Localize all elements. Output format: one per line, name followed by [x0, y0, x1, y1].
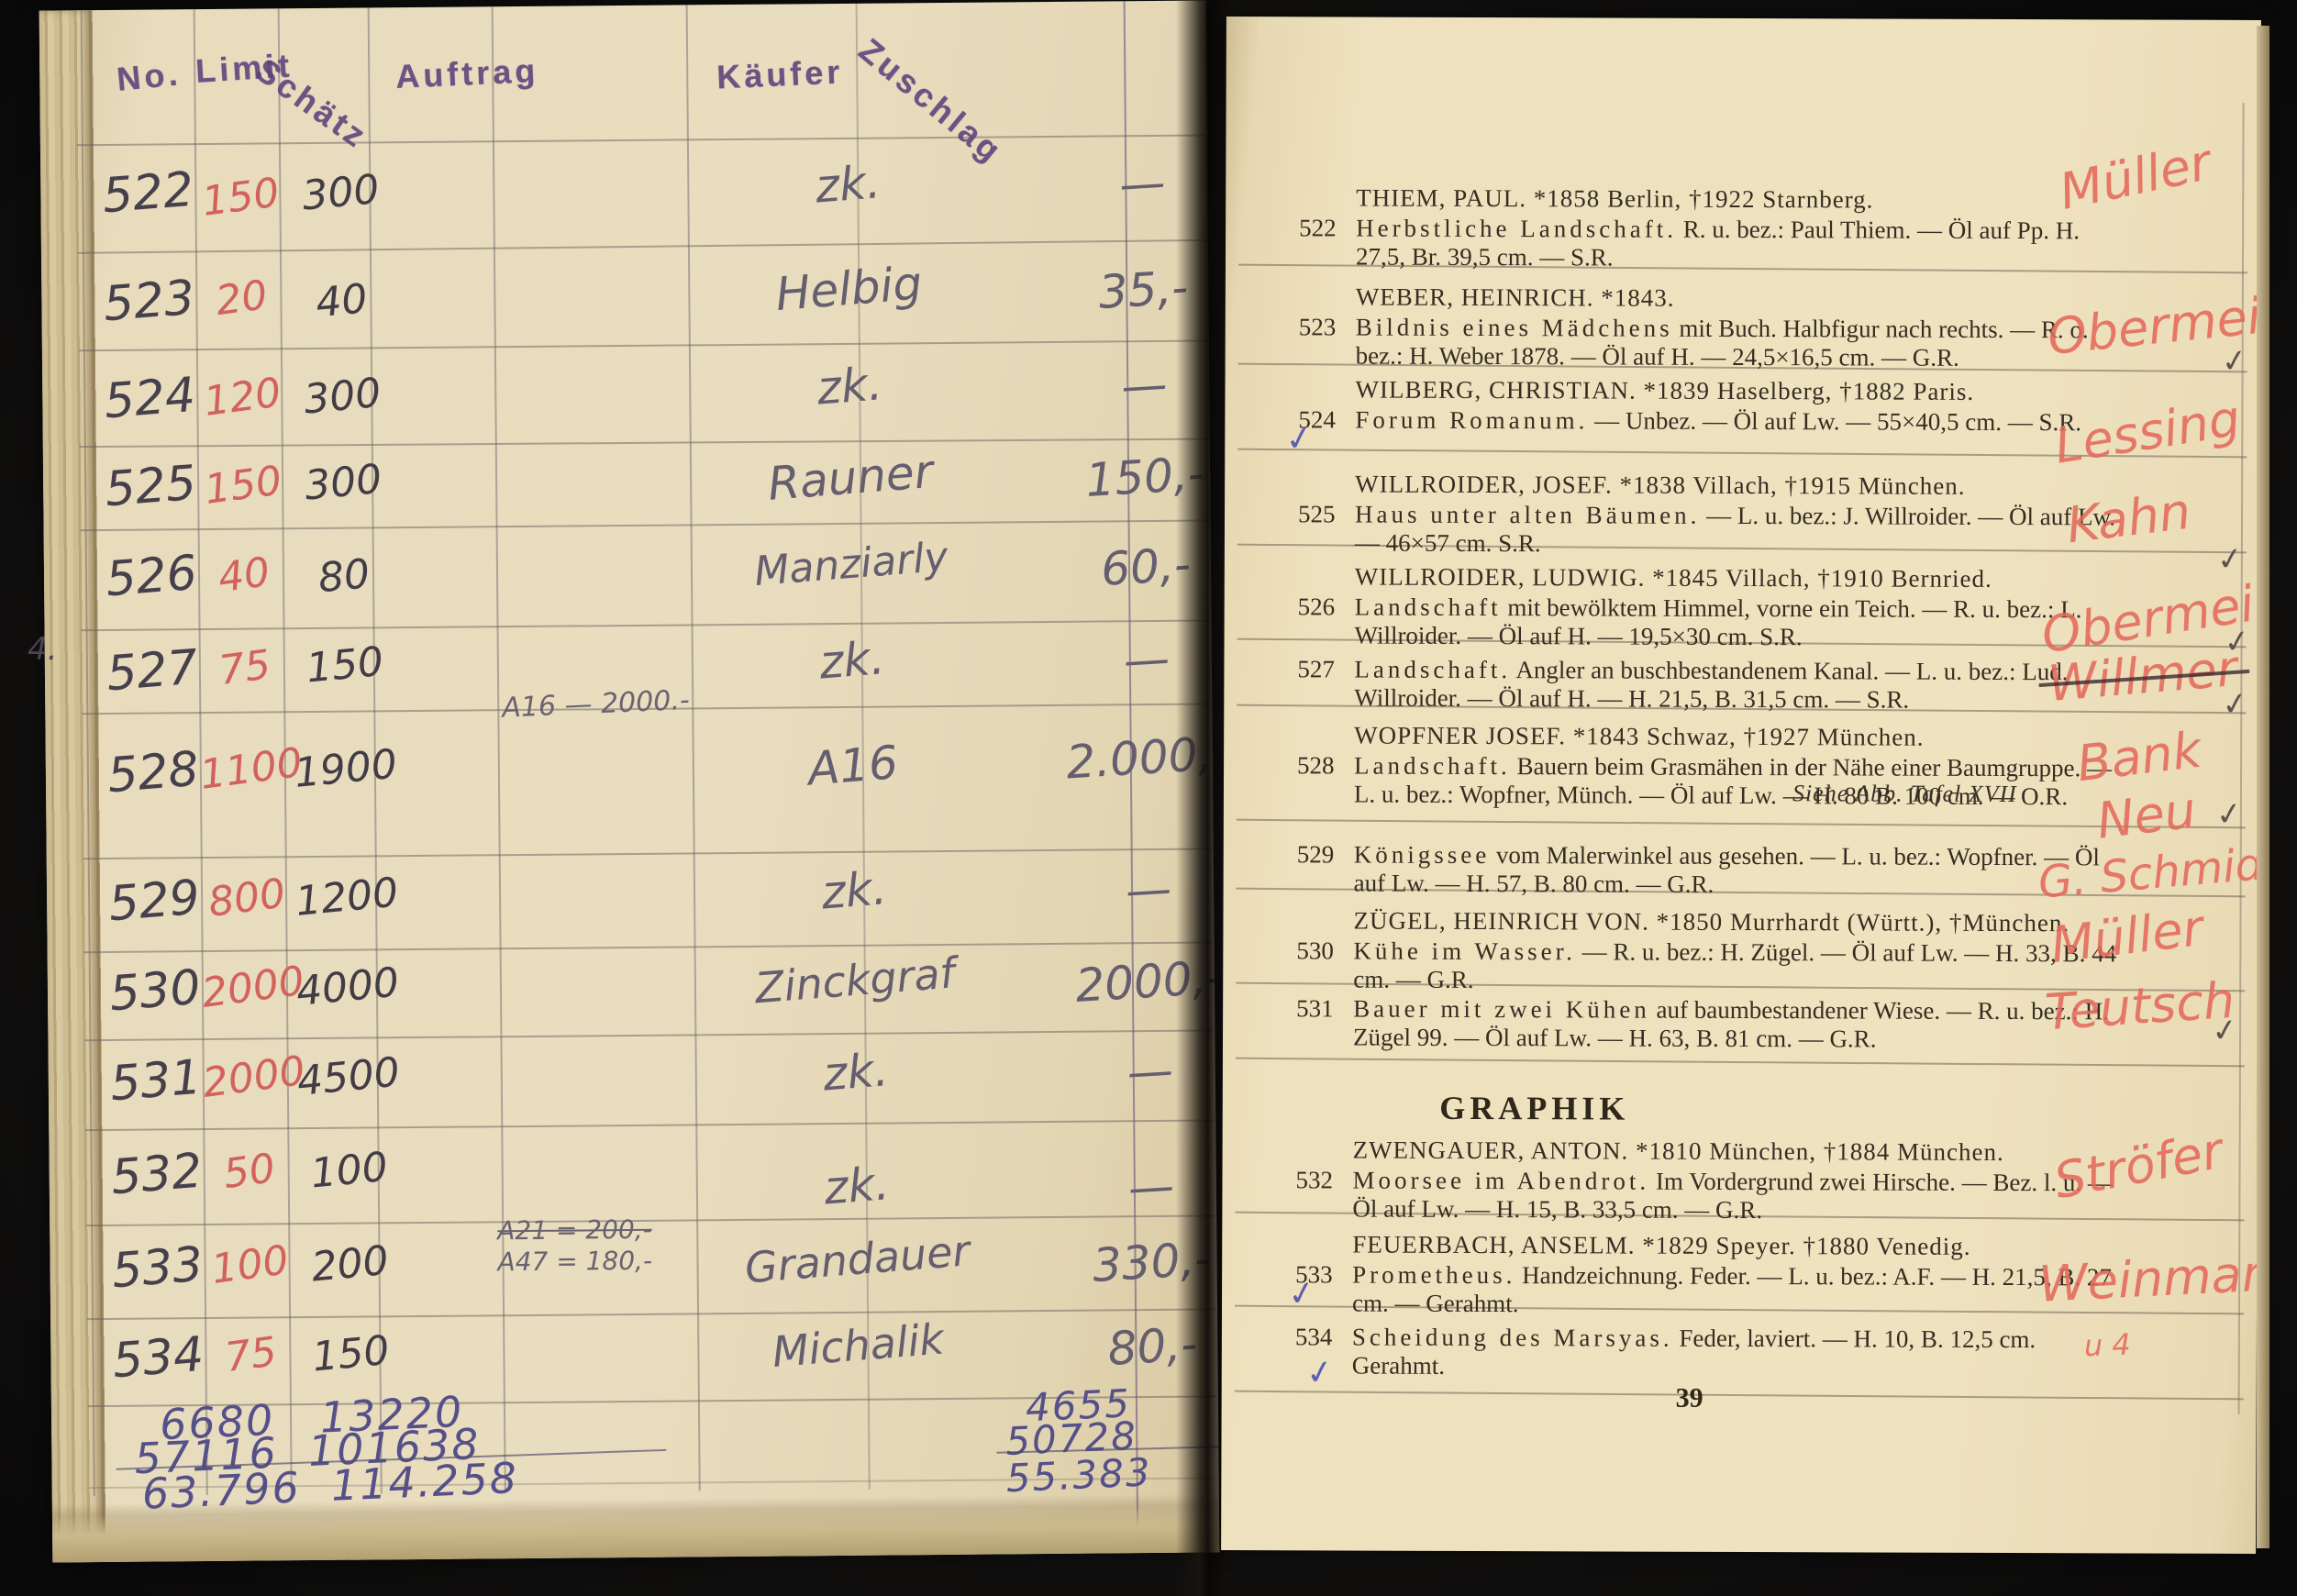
ledger-row: 526 40 80 Manziarly 60,- [44, 519, 1212, 629]
buyer-name: zk. [592, 339, 1108, 433]
limit-value: 75 [203, 1325, 300, 1384]
catalog-entry-523: WEBER, HEINRICH. *1843. 523Bildnis eines… [1299, 283, 2125, 372]
lot-number: 522 [95, 161, 200, 224]
catalog-page: THIEM, PAUL. *1858 Berlin, †1922 Starnbe… [1221, 17, 2261, 1554]
lot-title: Herbstliche Landschaft. [1356, 215, 1677, 243]
lot-number: 534 [105, 1326, 210, 1389]
lot-title: Scheidung des Marsyas. [1352, 1324, 1673, 1352]
catalog-entry-525: WILLROIDER, JOSEF. *1838 Villach, †1915 … [1298, 470, 2124, 560]
buyer-name: Helbig [591, 242, 1107, 336]
schaetz-value: 1200 [285, 869, 408, 926]
limit-value: 20 [193, 269, 290, 327]
lot-number: 526 [99, 545, 204, 607]
lot-number: 533 [105, 1236, 209, 1299]
schaetz-value: 1900 [284, 740, 407, 798]
buyer-name: Rauner [593, 431, 1109, 525]
schaetz-value: 100 [288, 1142, 411, 1200]
schaetz-value: 4500 [287, 1048, 410, 1106]
lot-number: 532 [1295, 1166, 1333, 1194]
lot-number: 522 [1299, 214, 1337, 242]
buyer-margin-note: u 4 [2083, 1327, 2131, 1364]
ledger-row: 533 100 200 Grandauer 330,- [50, 1214, 1217, 1318]
catalog-entry-531: 531Bauer mit zwei Kühen auf baumbestande… [1296, 994, 2122, 1054]
limit-value: 100 [202, 1236, 299, 1294]
lot-number: 528 [101, 741, 205, 804]
page-outer-edge [2257, 26, 2269, 1548]
artist-line: WEBER, HEINRICH. *1843. [1356, 283, 2125, 315]
pencil-checkmark: ✓ [2214, 539, 2246, 579]
lot-number: 531 [104, 1049, 208, 1112]
buyer-name: zk. [590, 138, 1106, 231]
artist-line: WILLROIDER, LUDWIG. *1845 Villach, †1910… [1355, 563, 2124, 594]
artist-line: ZWENGAUER, ANTON. *1810 München, †1884 M… [1353, 1136, 2122, 1168]
limit-value: 75 [196, 638, 294, 697]
buyer-name: Michalik [600, 1301, 1116, 1391]
artist-line: FEUERBACH, ANSELM. *1829 Speyer. †1880 V… [1352, 1231, 2121, 1262]
artist-line: THIEM, PAUL. *1858 Berlin, †1922 Starnbe… [1356, 184, 2125, 216]
lot-number: 524 [97, 367, 202, 429]
buyer-margin-note: Neu [2094, 781, 2200, 849]
limit-value: 120 [194, 368, 291, 427]
limit-value: 40 [195, 546, 293, 604]
buyer-name: zk. [596, 844, 1113, 937]
buyer-name: A16 [594, 719, 1111, 813]
ledger-row: 523 20 40 Helbig 35,- [41, 240, 1209, 349]
catalog-entry-532: ZWENGAUER, ANTON. *1810 München, †1884 M… [1295, 1136, 2121, 1225]
lot-number: 523 [96, 270, 201, 332]
buyer-name: Grandauer [599, 1214, 1115, 1304]
ledger-row: 524 120 300 zk. — [42, 339, 1210, 447]
schaetz-value: 150 [289, 1325, 412, 1383]
ledger-page: No. Limit Schätz Auftrag Käufer Zuschlag… [39, 0, 1220, 1562]
buyer-margin-note: Teutsch [2043, 971, 2236, 1042]
lot-number: 529 [1297, 840, 1335, 869]
artist-line: WILBERG, CHRISTIAN. *1839 Haselberg, †18… [1355, 376, 2124, 407]
lot-title: Forum Romanum. [1355, 406, 1588, 435]
limit-value: 50 [201, 1142, 298, 1201]
ledger-row: 522 150 300 zk. — [40, 134, 1208, 250]
ledger-row: 525 150 300 Rauner 150,- [43, 437, 1211, 529]
catalog-entry-529: 529Königssee vom Malerwinkel aus gesehen… [1297, 840, 2123, 900]
artist-line: WOPFNER JOSEF. *1843 Schwaz, †1927 Münch… [1354, 722, 2123, 753]
page-number: 39 [1644, 1383, 1736, 1414]
page-bottom-edge [52, 1493, 1220, 1562]
lot-description: — Unbez. — Öl auf Lw. — 55×40,5 cm. — S.… [1594, 406, 2081, 436]
lot-title: Landschaft. [1354, 656, 1511, 684]
limit-value: 150 [193, 168, 290, 227]
lot-title: Kühe im Wasser. [1353, 937, 1576, 966]
lot-number: 529 [102, 870, 206, 932]
lot-number: 527 [1297, 655, 1335, 683]
lot-number: 525 [98, 455, 203, 517]
column-header-kaeufer: Käufer [716, 53, 844, 97]
lot-title: Bauer mit zwei Kühen [1353, 995, 1650, 1024]
ledger-row: 532 50 100 zk. — [49, 1119, 1216, 1225]
schaetz-value: 150 [283, 637, 406, 694]
lot-title: Landschaft [1355, 593, 1502, 622]
entry-separator [1236, 1058, 2245, 1068]
lot-number: 526 [1298, 593, 1336, 621]
ledger-row: 528 1100 1900 A16 2.000,- [45, 703, 1213, 858]
buyer-margin-note: Müller [2055, 133, 2216, 221]
lot-number: 531 [1296, 994, 1334, 1023]
catalog-entry-524: WILBERG, CHRISTIAN. *1839 Haselberg, †18… [1298, 375, 2124, 437]
section-heading: GRAPHIK [1388, 1089, 1681, 1128]
lot-number: 523 [1299, 313, 1337, 341]
catalog-entry-527: 527Landschaft. Angler an buschbestandene… [1297, 655, 2123, 715]
artist-line: ZÜGEL, HEINRICH VON. *1850 Murrhardt (Wü… [1353, 907, 2122, 938]
lot-title: Königssee [1354, 841, 1491, 870]
pencil-checkmark: ✓ [2222, 622, 2253, 661]
schaetz-value: 4000 [286, 959, 409, 1016]
edge-margin-mark: 4. [28, 631, 57, 668]
lot-title: Bildnis eines Mädchens [1356, 314, 1673, 342]
schaetz-value: 80 [283, 548, 405, 605]
see-plate-note: Siehe Abb. Tafel XVII [1792, 780, 2017, 808]
artist-line: WILLROIDER, JOSEF. *1838 Villach, †1915 … [1355, 471, 2124, 502]
schaetz-value: 300 [282, 454, 405, 512]
pencil-checkmark: ✓ [2219, 341, 2250, 381]
schaetz-value: 200 [288, 1236, 411, 1293]
ledger-row: 531 2000 4500 zk. — [48, 1029, 1215, 1129]
catalog-entry-522: THIEM, PAUL. *1858 Berlin, †1922 Starnbe… [1299, 183, 2125, 273]
ledger-row: 530 2000 4000 Zinckgraf 2000,- [48, 941, 1215, 1039]
pencil-checkmark: ✓ [2220, 684, 2251, 724]
limit-value: 2000 [199, 959, 296, 1017]
lot-number: 534 [1295, 1323, 1333, 1351]
buyer-name: Manziarly [594, 521, 1109, 608]
zuschlag-total-3: 55.383 [1005, 1449, 1153, 1501]
limit-value: 800 [198, 869, 295, 927]
lot-number: 532 [105, 1143, 209, 1205]
lot-title: Prometheus. [1352, 1261, 1515, 1290]
column-header-auftrag: Auftrag [394, 51, 539, 96]
buyer-name: zk. [597, 1025, 1114, 1119]
schaetz-value: 300 [279, 164, 402, 222]
catalog-entry-526: WILLROIDER, LUDWIG. *1845 Villach, †1910… [1298, 562, 2124, 652]
buyer-margin-note: Ströfer [2049, 1122, 2227, 1211]
catalog-entry-530: ZÜGEL, HEINRICH VON. *1850 Murrhardt (Wü… [1296, 906, 2122, 996]
column-header-no: No. [115, 54, 183, 99]
ledger-row: 529 800 1200 zk. — [47, 848, 1215, 951]
lot-title: Moorsee im Abendrot. [1352, 1167, 1649, 1195]
entry-separator [1235, 1391, 2244, 1401]
lot-title: Haus unter alten Bäumen. [1355, 501, 1701, 529]
limit-value: 2000 [200, 1048, 297, 1107]
catalog-entry-533: FEUERBACH, ANSELM. *1829 Speyer. †1880 V… [1295, 1230, 2121, 1320]
limit-value: 1100 [197, 740, 294, 799]
lot-number: 525 [1298, 500, 1336, 528]
buyer-margin-note: Weinmann [2037, 1243, 2261, 1313]
catalog-entry-534: 534Scheidung des Marsyas. Feder, laviert… [1295, 1323, 2121, 1382]
pencil-checkmark: ✓ [2214, 794, 2245, 834]
entry-separator [1237, 819, 2246, 829]
limit-value: 150 [194, 456, 292, 515]
lot-number: 530 [1296, 937, 1334, 965]
lot-number: 528 [1297, 751, 1335, 780]
schaetz-value: 300 [281, 368, 404, 426]
column-header-schaetz: Schätz [249, 50, 375, 157]
pencil-checkmark: ✓ [2209, 1011, 2240, 1050]
lot-title: Landschaft. [1354, 752, 1511, 781]
lot-number: 527 [100, 639, 205, 702]
ledger-book-photo: No. Limit Schätz Auftrag Käufer Zuschlag… [0, 0, 2297, 1596]
buyer-name: Zinckgraf [597, 936, 1114, 1025]
schaetz-value: 40 [280, 272, 403, 330]
lot-number: 530 [103, 959, 207, 1022]
